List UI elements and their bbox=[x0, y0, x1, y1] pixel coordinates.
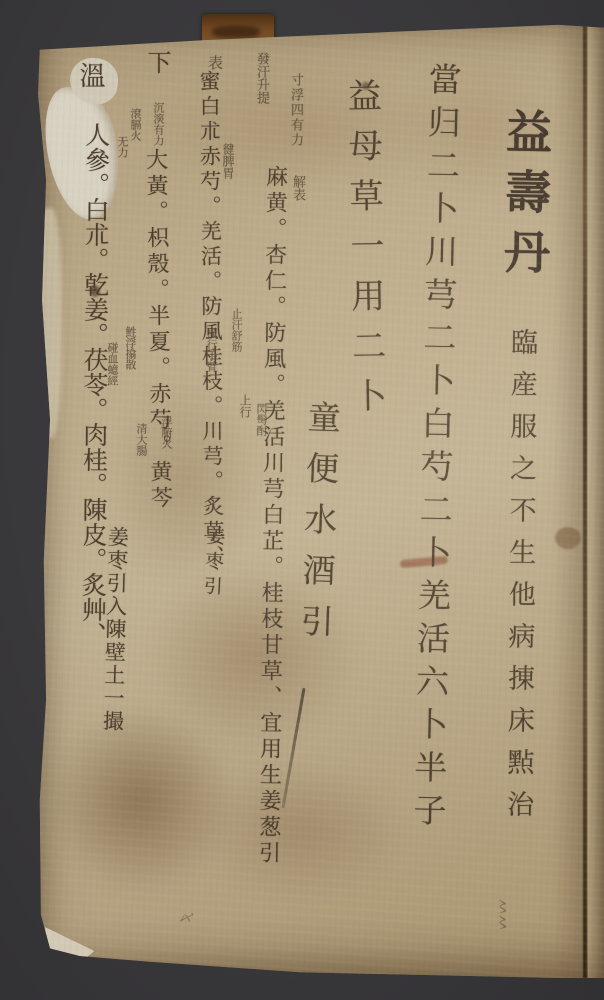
text-column-guide-3: 姜枣引 bbox=[198, 525, 229, 601]
annotation-fahan: 發汗升提 bbox=[252, 52, 271, 104]
binding-crease bbox=[583, 22, 587, 978]
annotation-jiebiao: 解表 bbox=[288, 175, 307, 201]
annotation-fusan: 鮏浮㩉散 bbox=[122, 326, 138, 370]
tab-ink-smudge bbox=[212, 26, 260, 38]
annotation-zhihan: 止汗舒筋 bbox=[228, 308, 244, 352]
text-column-guide-1: 童便水酒引 bbox=[291, 399, 347, 655]
text-column-title: 益壽丹 bbox=[490, 107, 559, 288]
text-column-herb-list-1b: 益母草一用二卜 bbox=[337, 78, 392, 429]
text-column-head-down: 下 bbox=[140, 50, 175, 74]
annotation-gunge: 滾膈火 bbox=[127, 108, 143, 141]
photo-background: 益壽丹 臨産服之不生他病㨂床㸃治 當归二卜川芎二卜白芍二卜羌活六卜半子 益母草一… bbox=[0, 0, 604, 1000]
annotation-biao: 表 bbox=[205, 55, 226, 70]
annotation-dachang: 清大腸 bbox=[133, 423, 149, 456]
annotation-shangxing: 上行 bbox=[237, 394, 254, 418]
worn-left-edge-strip bbox=[36, 208, 62, 438]
folded-bottom-left-corner bbox=[45, 915, 103, 975]
manuscript-page: 益壽丹 臨産服之不生他病㨂床㸃治 當归二卜川芎二卜白芍二卜羌活六卜半子 益母草一… bbox=[30, 22, 604, 978]
text-column-head-warm: 溫 bbox=[72, 62, 109, 88]
adjacent-page-sliver bbox=[588, 22, 604, 978]
text-column-title-note: 臨産服之不生他病㨂床㸃治 bbox=[498, 328, 541, 832]
annotation-trail-marks: 〻〻 bbox=[490, 898, 513, 930]
annotation-shanbin: 閃髩酎 bbox=[253, 403, 269, 436]
text-column-pulse-note: 寸浮四有力 bbox=[286, 73, 305, 148]
annotation-jianpiwei: 徤脾胃 bbox=[220, 143, 237, 179]
text-column-guide-5: 姜枣引入陳壁土一撮 bbox=[97, 526, 132, 734]
annotation-hengxing: 横行手臂 bbox=[203, 328, 219, 372]
annotation-chenmai: 沉㴱有力 bbox=[150, 102, 166, 146]
annotation-xuejing: 碰血䗷經 bbox=[104, 342, 120, 386]
text-column-herb-list-4: 大黃。枳殼。半夏。赤芍。黄芩 bbox=[139, 148, 175, 512]
annotation-fufu: 浮腑火 bbox=[158, 416, 174, 449]
